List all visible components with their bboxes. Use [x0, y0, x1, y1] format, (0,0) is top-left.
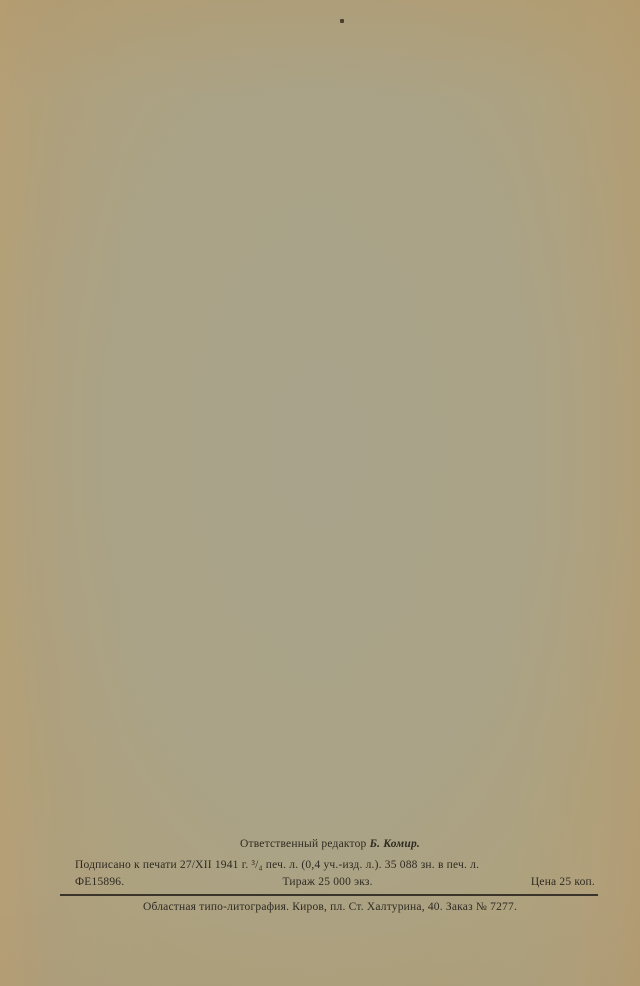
book-page: Ответственный редактор Б. Комир. Подписа… [0, 0, 640, 986]
responsible-editor-line: Ответственный редактор Б. Комир. [60, 838, 600, 850]
signed-to-print-line: Подписано к печати 27/XII 1941 г. ³/₄ пе… [75, 859, 479, 871]
publication-details-row: ФЕ15896. Тираж 25 000 экз. Цена 25 коп. [75, 876, 595, 888]
editor-name: Б. Комир. [370, 838, 420, 850]
print-run: Тираж 25 000 экз. [282, 876, 372, 888]
publication-code: ФЕ15896. [75, 876, 124, 888]
divider-rule [60, 894, 598, 896]
paper-speck [340, 19, 344, 23]
price: Цена 25 коп. [531, 876, 595, 888]
editor-label: Ответственный редактор [240, 838, 367, 850]
printer-line: Областная типо-литография. Киров, пл. Ст… [60, 901, 600, 913]
